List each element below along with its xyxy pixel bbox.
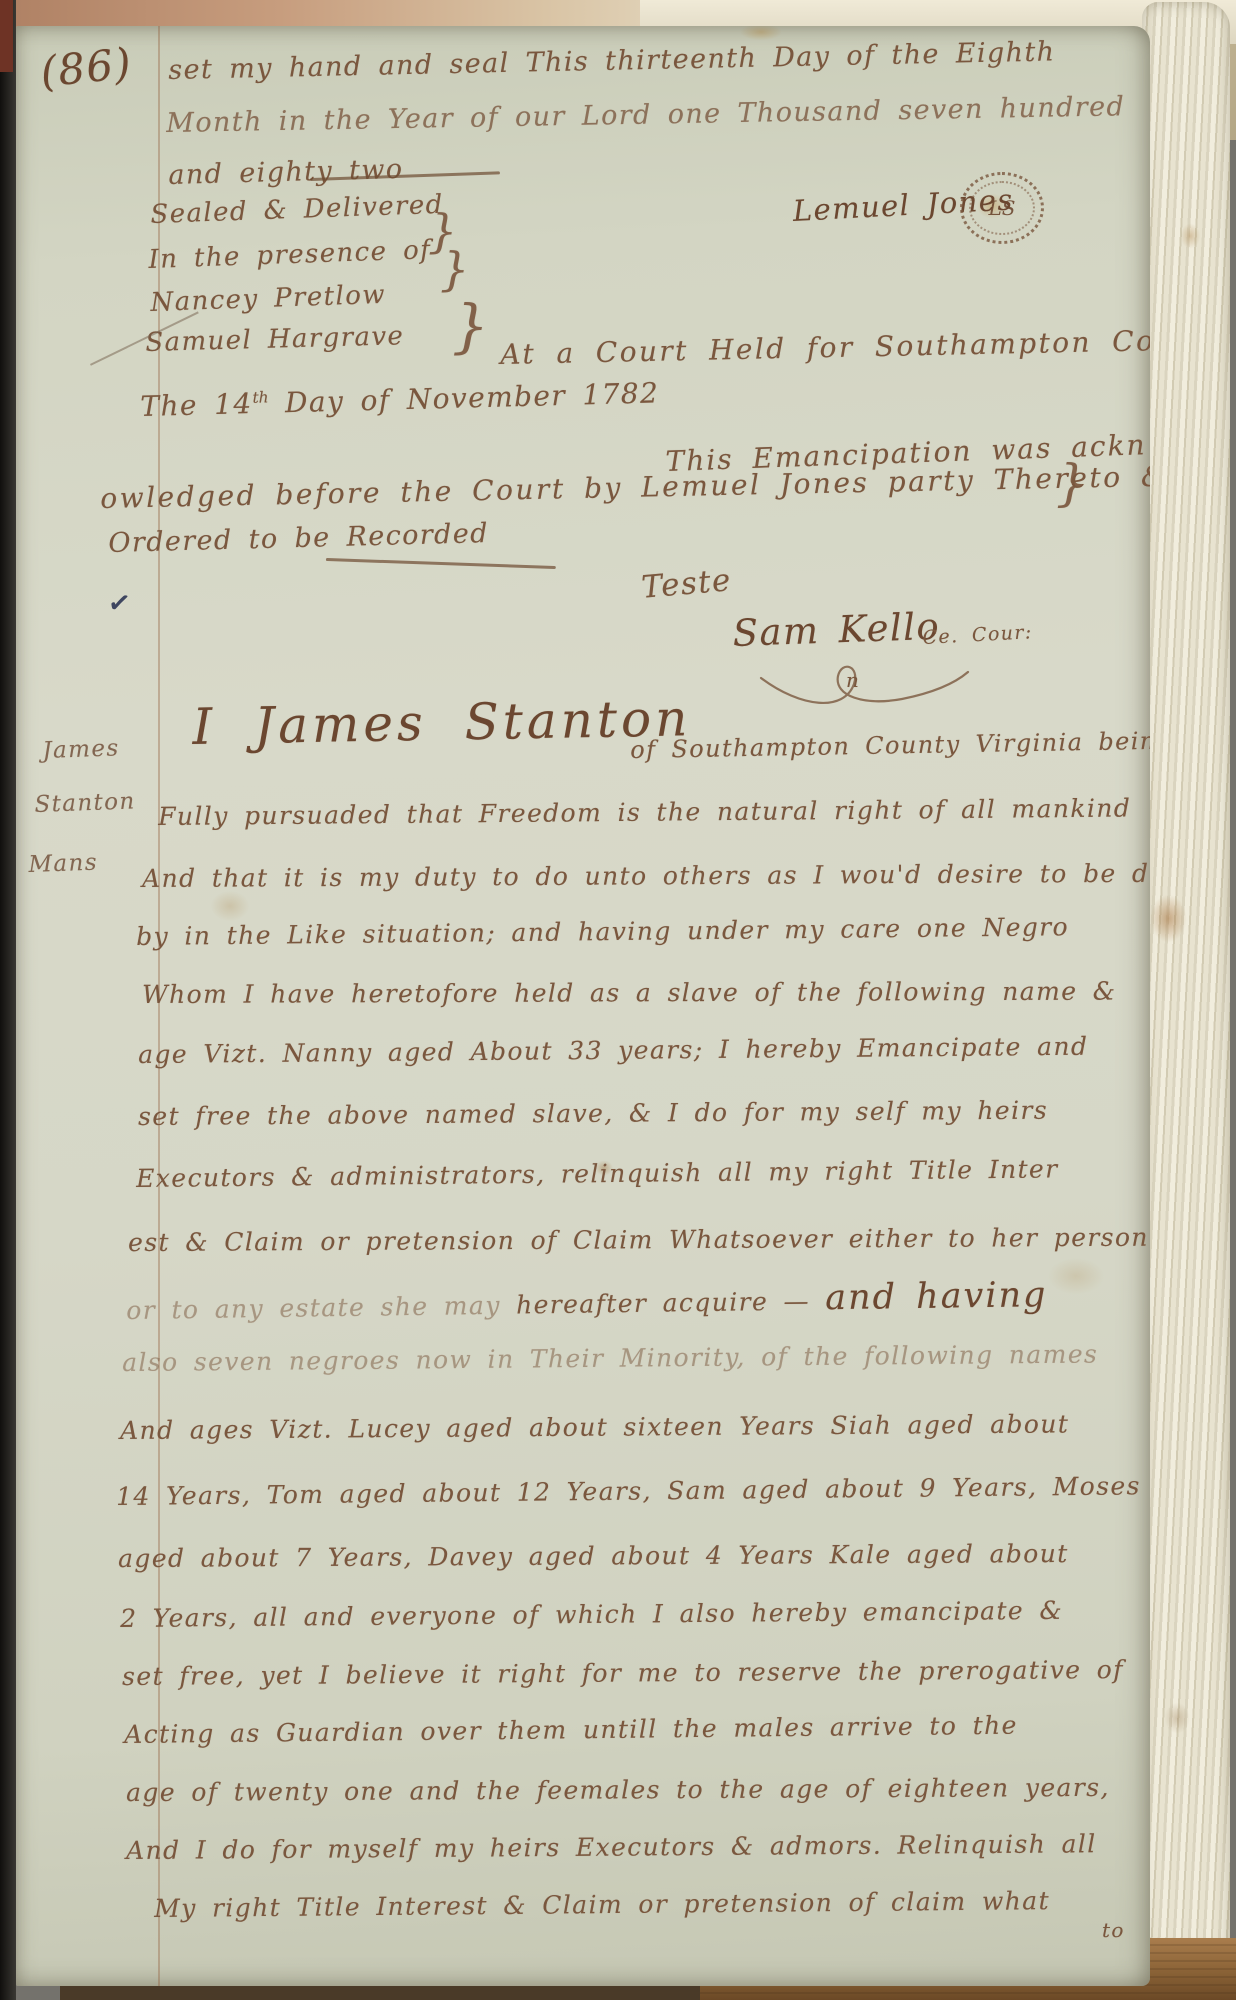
attestation-line-1: Sealed & Delivered	[150, 190, 444, 230]
acquire-mid-part: hereafter acquire —	[516, 1286, 826, 1319]
deed-line: est & Claim or pretension of Claim Whats…	[128, 1223, 1149, 1257]
deed-line: Fully pursuaded that Freedom is the natu…	[158, 794, 1131, 831]
deed-line: Executors & administrators, relinquish a…	[136, 1154, 1059, 1193]
catchword: to	[1102, 1918, 1125, 1942]
closing-line-1: set my hand and seal This thirteenth Day…	[168, 36, 1056, 86]
brace-witnesses: }	[452, 292, 490, 360]
page-number: (86)	[38, 38, 134, 96]
deed-line: aged about 7 Years, Davey aged about 4 Y…	[118, 1539, 1069, 1573]
and-having-emphasis: and having	[825, 1275, 1048, 1318]
deed-opening-large: I James Stanton	[192, 689, 692, 756]
deed-line: Acting as Guardian over them untill the …	[124, 1711, 1018, 1749]
closing-line-3: and eighty two	[168, 154, 404, 191]
ink-dash	[326, 558, 556, 569]
brace-acknowledgment: }	[1056, 454, 1089, 512]
desk-shadow	[60, 1986, 700, 2000]
teste-label: Teste	[640, 562, 733, 606]
deed-line: set free, yet I believe it right for me …	[122, 1655, 1124, 1691]
deed-line: by in the Like situation; and having und…	[136, 912, 1069, 951]
clerk-title: Ce. Cour:	[922, 621, 1033, 649]
acknowledgment-line-2: owledged before the Court by Lemuel Jone…	[100, 460, 1150, 515]
deed-line: 2 Years, all and everyone of which I als…	[120, 1596, 1063, 1633]
acquire-faint-part: or to any estate she may	[126, 1291, 516, 1325]
ordered-line: Ordered to be Recorded	[108, 518, 489, 559]
seal-label: LS	[989, 196, 1016, 220]
clerk-paraph: n	[846, 668, 860, 692]
deed-line-acquire: or to any estate she may hereafter acqui…	[126, 1275, 1048, 1328]
deed-line: My right Title Interest & Claim or prete…	[154, 1886, 1050, 1923]
court-heading: At a Court Held for Southampton County	[500, 323, 1150, 371]
deed-line: And ages Vizt. Lucey aged about sixteen …	[120, 1409, 1069, 1445]
manuscript-page: (86) set my hand and seal This thirteent…	[16, 26, 1150, 1986]
check-mark: ✓	[106, 587, 133, 621]
binding-spine-corner	[0, 0, 13, 72]
deed-line: also seven negroes now in Their Minority…	[122, 1339, 1098, 1377]
deed-line: age Vizt. Nanny aged About 33 years; I h…	[138, 1032, 1088, 1069]
seal: LS	[960, 172, 1044, 244]
deed-line: 14 Years, Tom aged about 12 Years, Sam a…	[116, 1471, 1141, 1511]
court-date: The 14th Day of November 1782	[140, 376, 660, 423]
deed-line: Whom I have heretofore held as a slave o…	[142, 977, 1116, 1009]
binding-shadow	[0, 0, 16, 2000]
page-stack-edge	[1142, 2, 1230, 1952]
deed-line: age of twenty one and the feemales to th…	[126, 1773, 1110, 1807]
clerk-flourish	[756, 656, 971, 711]
deed-line: And I do for myself my heirs Executors &…	[126, 1829, 1097, 1865]
attestation-line-2: In the presence of	[148, 235, 432, 275]
brace-attest-2: }	[440, 242, 471, 296]
witness-name-1: Nancey Pretlow	[150, 280, 386, 318]
margin-note-stanton: Stanton	[34, 788, 136, 818]
deed-line: set free the above named slave, & I do f…	[138, 1096, 1048, 1131]
deed-line: And that it is my duty to do unto others…	[142, 858, 1150, 893]
margin-note-james: James	[42, 735, 120, 764]
court-date-sup: th	[252, 388, 269, 406]
margin-note-mans: Mans	[28, 850, 98, 878]
closing-line-2: Month in the Year of our Lord one Thousa…	[166, 91, 1125, 139]
witness-name-2: Samuel Hargrave	[145, 321, 405, 358]
court-date-post: Day of November 1782	[268, 376, 659, 419]
document-photo: (86) set my hand and seal This thirteent…	[0, 0, 1236, 2000]
clerk-signature: Sam Kello	[732, 605, 941, 655]
court-date-pre: The 14	[140, 387, 253, 423]
deed-opening-rest: of Southampton County Virginia being	[630, 727, 1150, 764]
